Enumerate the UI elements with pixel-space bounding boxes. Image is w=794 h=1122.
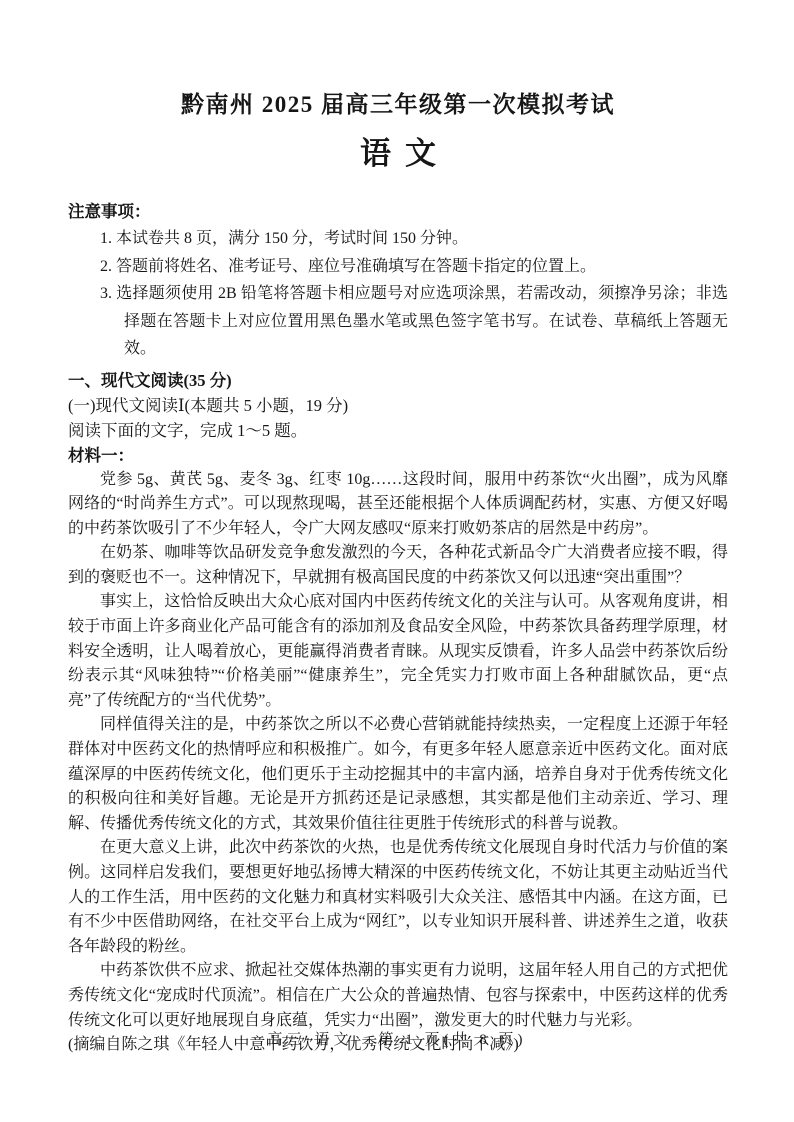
subject-title: 语文 (68, 132, 728, 176)
notices-section: 注意事项： 1. 本试卷共 8 页，满分 150 分，考试时间 150 分钟。 … (68, 198, 728, 363)
notice-item: 3. 选择题须使用 2B 铅笔将答题卡相应题号对应选项涂黑，若需改动，须擦净另涂… (68, 280, 728, 363)
material-one-label: 材料一： (68, 443, 728, 468)
body-paragraph: 同样值得关注的是，中药茶饮之所以不必费心营销就能持续热卖，一定程度上还源于年轻群… (68, 713, 728, 836)
material-one-text: 党参 5g、黄芪 5g、麦冬 3g、红枣 10g……这段时间，服用中药茶饮“火出… (68, 468, 728, 1058)
exam-title: 黔南州 2025 届高三年级第一次模拟考试 (68, 90, 728, 120)
reading-instruction: 阅读下面的文字，完成 1～5 题。 (68, 418, 728, 443)
section-heading: 一、现代文阅读(35 分) (68, 368, 728, 393)
notices-heading: 注意事项： (68, 198, 728, 225)
subsection-heading: (一)现代文阅读Ⅰ(本题共 5 小题，19 分) (68, 393, 728, 418)
footer-page-number: 第 1 页(共 8 页) (379, 1032, 527, 1048)
section-one-block: 一、现代文阅读(35 分) (一)现代文阅读Ⅰ(本题共 5 小题，19 分) 阅… (68, 368, 728, 468)
footer-course-label: 高三·语文 (268, 1032, 353, 1048)
page-footer: 高三·语文第 1 页(共 8 页) (0, 1028, 794, 1049)
body-paragraph: 在更大意义上讲，此次中药茶饮的火热，也是优秀传统文化展现自身时代活力与价值的案例… (68, 836, 728, 959)
body-paragraph: 事实上，这恰恰反映出大众心底对国内中医药传统文化的关注与认可。从客观角度讲，相较… (68, 590, 728, 713)
exam-paper-page: 黔南州 2025 届高三年级第一次模拟考试 语文 注意事项： 1. 本试卷共 8… (0, 0, 794, 1122)
notice-item: 2. 答题前将姓名、准考证号、座位号准确填写在答题卡指定的位置上。 (68, 253, 728, 281)
body-paragraph: 在奶茶、咖啡等饮品研发竞争愈发激烈的今天，各种花式新品令广大消费者应接不暇，得到… (68, 541, 728, 590)
notice-item: 1. 本试卷共 8 页，满分 150 分，考试时间 150 分钟。 (68, 225, 728, 253)
body-paragraph: 中药茶饮供不应求、掀起社交媒体热潮的事实更有力说明，这届年轻人用自己的方式把优秀… (68, 959, 728, 1033)
body-paragraph: 党参 5g、黄芪 5g、麦冬 3g、红枣 10g……这段时间，服用中药茶饮“火出… (68, 468, 728, 542)
